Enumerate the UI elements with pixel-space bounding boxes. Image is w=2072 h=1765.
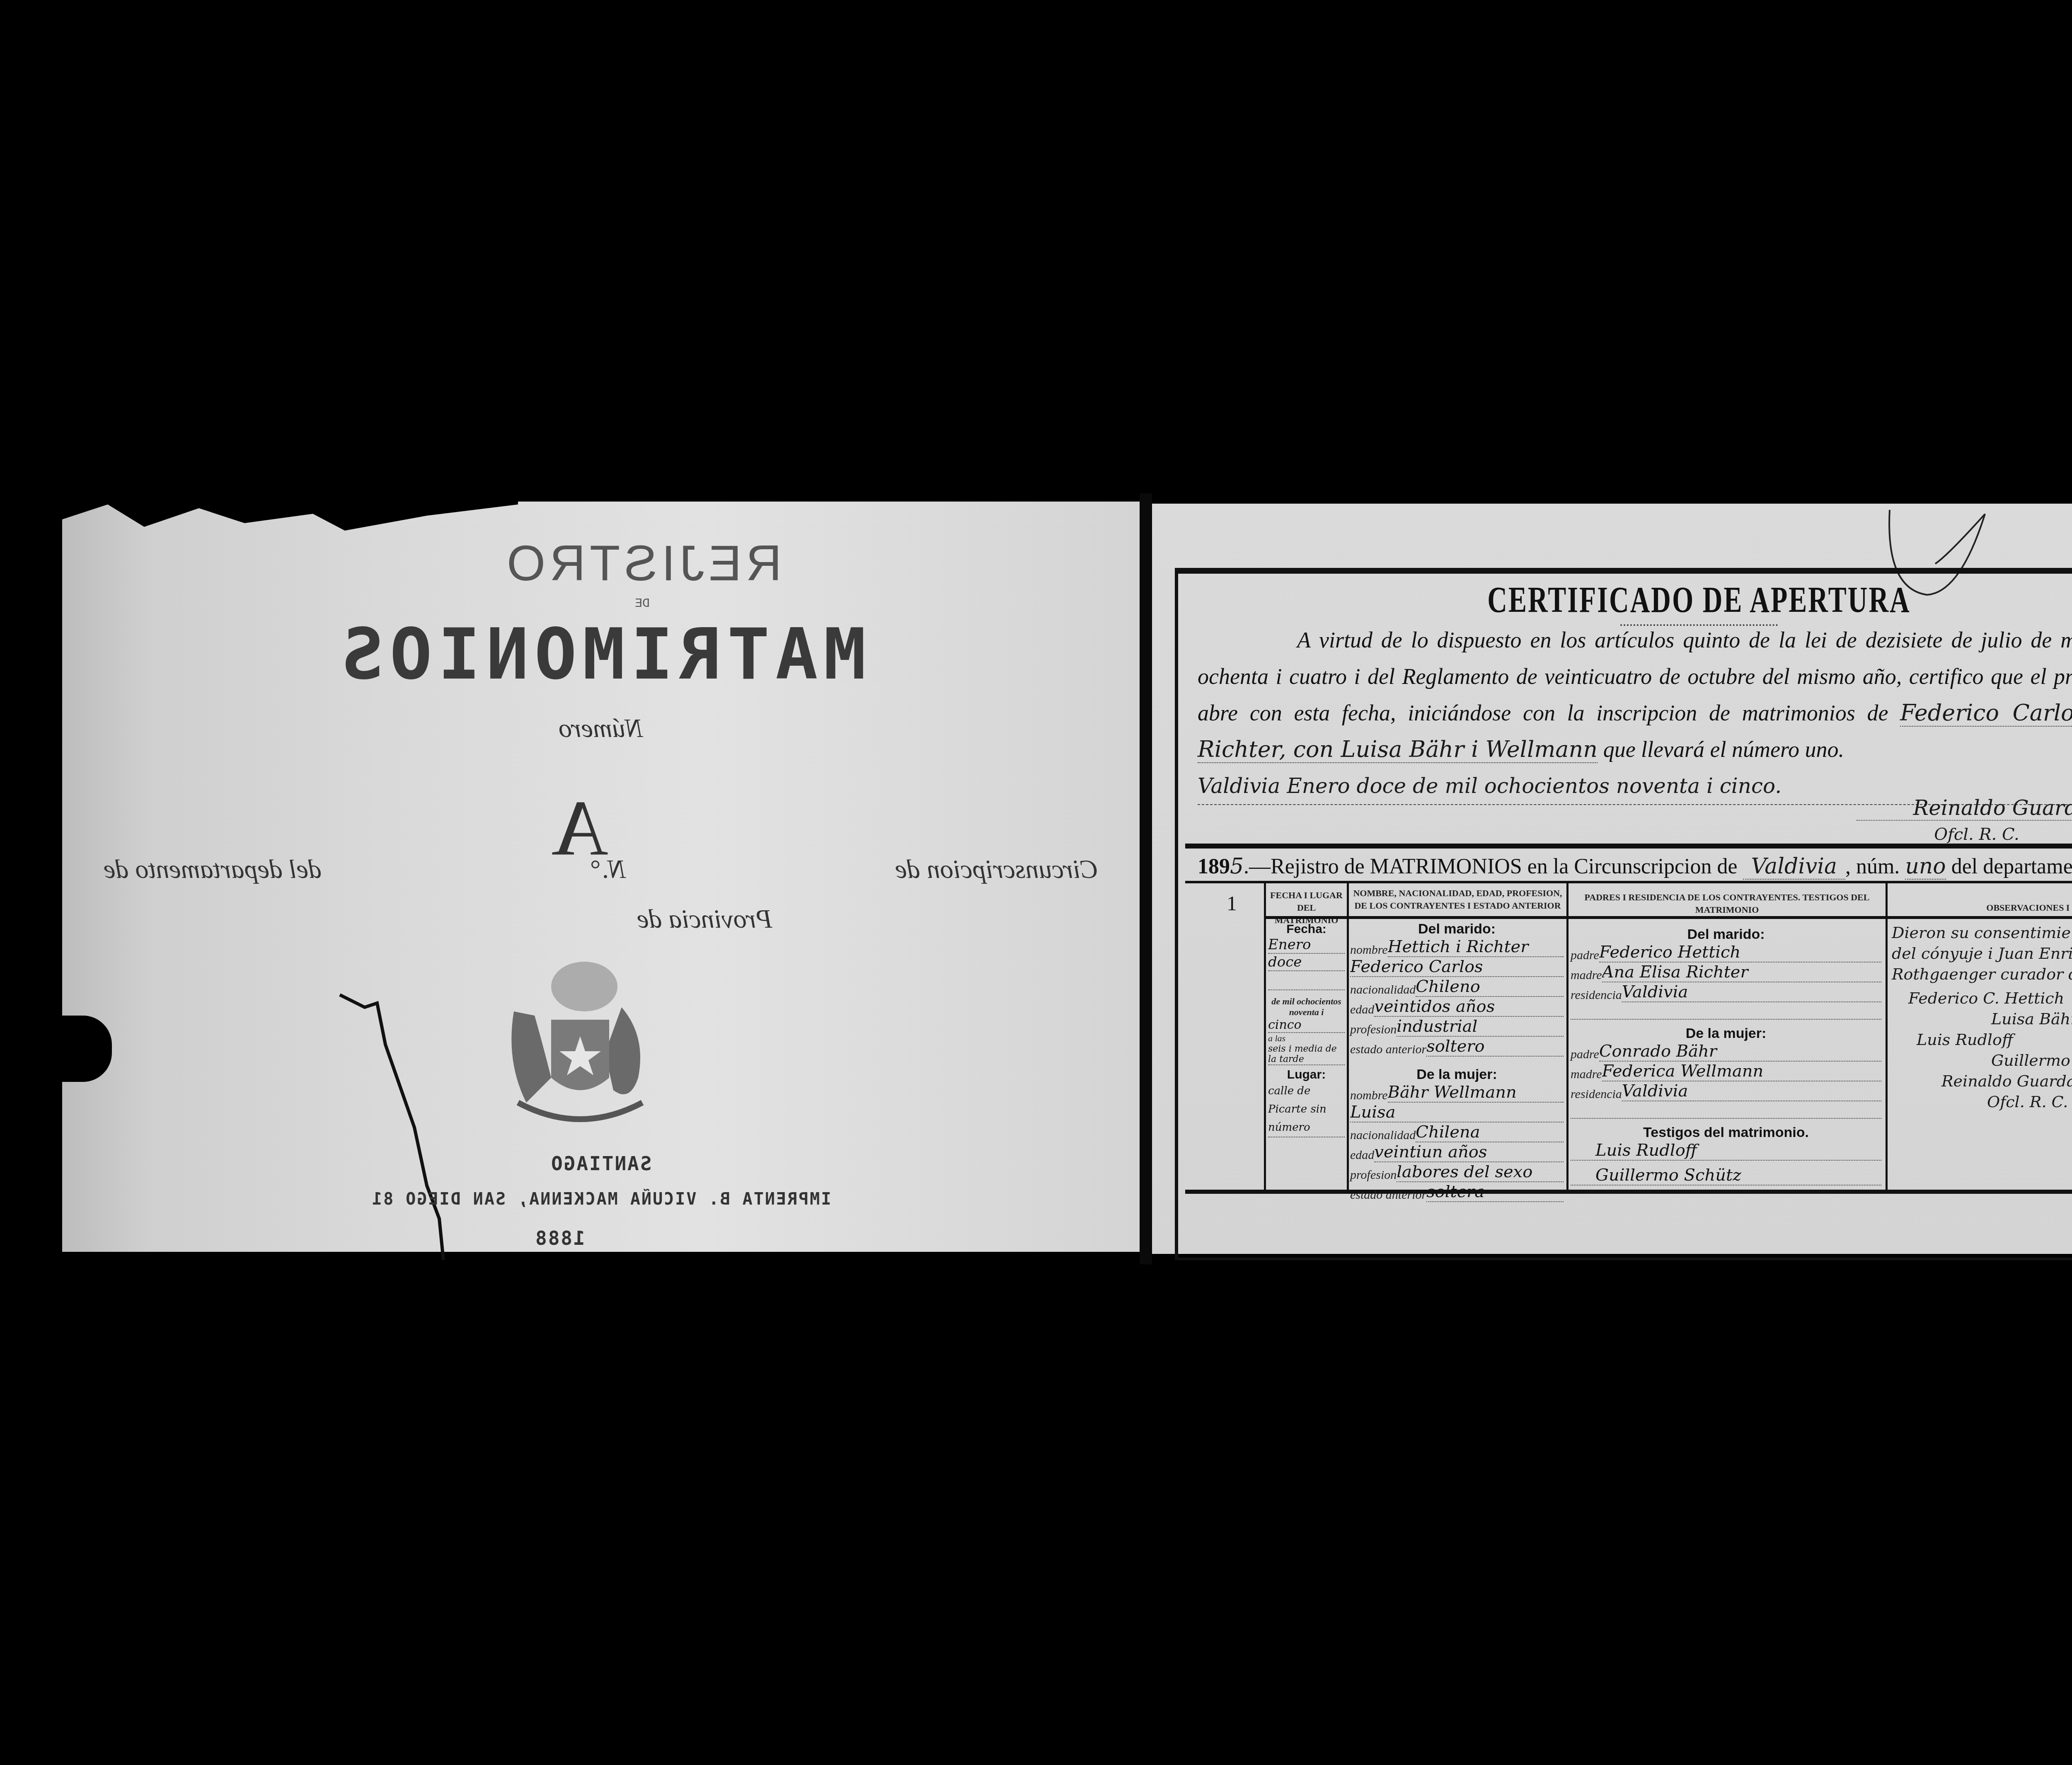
marido-padre: Federico Hettich: [1599, 943, 1881, 963]
register-text-2: del departamento de: [1951, 855, 2072, 878]
cover-printer: IMPRENTA B. VICUÑA MACKENNA, SAN DIEGO 8…: [371, 1190, 831, 1209]
marido-heading: Del marido:: [1350, 921, 1564, 937]
certificate-title: CERTIFICADO DE APERTURA: [1368, 579, 2031, 622]
hora-label: a las: [1268, 1033, 1285, 1044]
paper-crack: [332, 970, 456, 1260]
fecha-month: Enero: [1268, 936, 1345, 954]
contrayentes-column: Del marido: nombreHettich i Richter Fede…: [1350, 921, 1564, 1202]
label-profesion: profesion: [1350, 1023, 1397, 1037]
fecha-year-handwritten: cinco: [1268, 1018, 1345, 1033]
observaciones-column: Dieron su consentimiento, la madre del c…: [1892, 922, 2072, 1112]
label-padre: padre: [1571, 948, 1599, 963]
label-padre: padre: [1571, 1047, 1599, 1062]
register-num-label: , núm.: [1845, 855, 1900, 878]
lugar-value: calle de Picarte sin número: [1268, 1082, 1345, 1137]
marido-nombre: Hettich i Richter: [1388, 937, 1564, 957]
firma-6: Ofcl. R. C.: [1892, 1091, 2072, 1112]
testigos-heading: Testigos del matrimonio.: [1571, 1125, 1881, 1141]
registrar-signature: Reinaldo Guarda: [1857, 796, 2072, 821]
mujer-madre: Federica Wellmann: [1602, 1062, 1881, 1081]
binding-tab: [54, 1016, 112, 1082]
label-nacionalidad: nacionalidad: [1350, 1128, 1416, 1142]
mujer-nombre: Bähr Wellmann: [1388, 1083, 1564, 1103]
fecha-day: doce: [1268, 954, 1345, 971]
table-bottom-rule: [1185, 1190, 2072, 1194]
marido-madre: Ana Elisa Richter: [1602, 963, 1881, 982]
mujer-heading: De la mujer:: [1350, 1067, 1564, 1083]
mujer-nombre-2: Luisa: [1350, 1103, 1564, 1123]
cover-year: 1888: [534, 1227, 585, 1249]
fecha-column: Fecha: Enero doce de mil ochocientos nov…: [1268, 922, 1345, 1137]
label-madre: madre: [1571, 1067, 1602, 1081]
column-header-observaciones: OBSERVACIONES I FIRMAS: [1890, 902, 2072, 914]
label-edad: edad: [1350, 1003, 1374, 1017]
firma-2: Luisa Bähr: [1892, 1009, 2072, 1029]
coat-of-arms-icon: [489, 953, 663, 1136]
mujer-residencia: Valdivia: [1622, 1081, 1881, 1101]
label-nombre: nombre: [1350, 1089, 1388, 1103]
label-nacionalidad: nacionalidad: [1350, 983, 1416, 997]
register-circunscripcion: Valdivia: [1743, 854, 1845, 880]
mujer-edad: veintiun años: [1374, 1142, 1564, 1162]
cover-de: DE: [635, 597, 650, 611]
header-rule-2: [1185, 881, 2072, 883]
col-divider: [1347, 883, 1349, 1190]
firma-3: Luis Rudloff: [1892, 1029, 2072, 1050]
lugar-label: Lugar:: [1268, 1068, 1345, 1082]
label-residencia: residencia: [1571, 988, 1622, 1002]
certificate-body: A virtud de lo dispuesto en los artículo…: [1198, 622, 2072, 805]
testigo-1: Luis Rudloff: [1571, 1141, 1881, 1161]
cover-city: SANTIAGO: [550, 1152, 652, 1175]
label-estado: estado anterior: [1350, 1188, 1426, 1202]
column-header-padres: PADRES I RESIDENCIA DE LOS CONTRAYENTES.…: [1571, 891, 1883, 916]
col-divider: [1566, 883, 1569, 1190]
firma-4: Guillermo Schütz: [1892, 1050, 2072, 1071]
mujer-profesion: labores del sexo: [1397, 1162, 1564, 1182]
firma-1: Federico C. Hettich: [1892, 988, 2072, 1009]
book-gutter: [1140, 493, 1152, 1264]
register-num-value: uno: [1905, 854, 1946, 880]
label-madre: madre: [1571, 968, 1602, 982]
column-header-fecha: FECHA I LUGAR DEL MATRIMONIO: [1268, 889, 1345, 926]
firma-5: Reinaldo Guarda: [1892, 1071, 2072, 1091]
cover-circunscripcion-line: del departamento de N.° Circunscripcion …: [104, 854, 1098, 885]
padres-column: Del marido: padreFederico Hettich madreA…: [1571, 926, 1881, 1186]
label-residencia: residencia: [1571, 1087, 1622, 1101]
hora-value: seis i media de la tarde: [1268, 1044, 1345, 1065]
registrar-title: Ofcl. R. C.: [1915, 825, 2039, 844]
certificate-title-wrap: CERTIFICADO DE APERTURA: [1368, 584, 2031, 626]
marido-residencia: Valdivia: [1622, 982, 1881, 1002]
cover-circunscripcion-label: Circunscripcion de: [895, 854, 1098, 885]
register-header-line: 1895.—Rejistro de MATRIMONIOS en la Circ…: [1198, 854, 2072, 879]
cover-numero-label: Número: [559, 713, 643, 744]
entry-number: 1: [1227, 891, 1237, 915]
mujer-nacionalidad: Chilena: [1416, 1123, 1564, 1142]
marido-nombre-2: Federico Carlos: [1350, 957, 1564, 977]
mujer-padre: Conrado Bähr: [1599, 1042, 1881, 1062]
testigo-2: Guillermo Schütz: [1571, 1166, 1881, 1186]
observaciones-text: Dieron su consentimiento, la madre del c…: [1892, 922, 2072, 984]
col-divider: [1264, 883, 1266, 1190]
marido-nacionalidad: Chileno: [1416, 977, 1564, 997]
col-divider: [1886, 883, 1888, 1190]
cover-rejistro: REJISTRO: [503, 535, 782, 592]
label-estado: estado anterior: [1350, 1043, 1426, 1057]
header-rule: [1185, 844, 2072, 849]
cover-provincia-label: Provincia de: [637, 904, 772, 934]
cover-departamento-label: del departamento de: [104, 854, 322, 885]
marido-profesion: industrial: [1397, 1017, 1564, 1037]
register-text-1: .—Rejistro de MATRIMONIOS en la Circunsc…: [1244, 855, 1737, 878]
header-underline: [1266, 916, 2072, 919]
marido-edad: veintidos años: [1374, 997, 1564, 1017]
cover-matrimonios: MATRIMONIOS: [336, 613, 866, 696]
padres-marido-heading: Del marido:: [1571, 926, 1881, 943]
cover-num-label: N.°: [591, 854, 626, 885]
register-year-prefix: 189: [1198, 855, 1230, 878]
padres-mujer-heading: De la mujer:: [1571, 1026, 1881, 1042]
mujer-estado: soltera: [1426, 1182, 1564, 1202]
certificate-printed-text-2: que llevará el número uno.: [1603, 737, 1844, 762]
label-profesion: profesion: [1350, 1168, 1397, 1182]
fecha-year-printed: de mil ochocientos noventa i: [1268, 996, 1345, 1018]
label-edad: edad: [1350, 1148, 1374, 1162]
fecha-label: Fecha:: [1268, 922, 1345, 936]
marido-estado: soltero: [1426, 1037, 1564, 1057]
column-header-contrayentes: NOMBRE, NACIONALIDAD, EDAD, PROFESION, D…: [1351, 887, 1564, 912]
label-nombre: nombre: [1350, 943, 1388, 957]
cover-title-block: REJISTRO: [435, 535, 850, 592]
register-year-handwritten: 5: [1230, 854, 1244, 879]
